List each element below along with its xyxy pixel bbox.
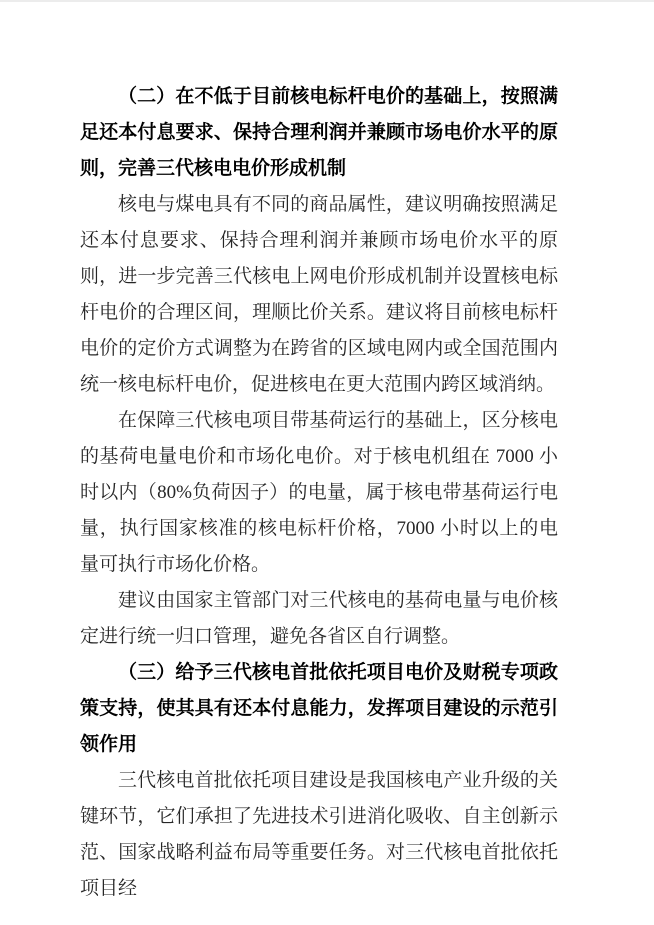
document-body: （二）在不低于目前核电标杆电价的基础上，按照满足还本付息要求、保持合理利润并兼顾… bbox=[80, 79, 558, 907]
section-heading-3: （三）给予三代核电首批依托项目电价及财税专项政策支持，使其具有还本付息能力，发挥… bbox=[80, 655, 558, 763]
document-page: （二）在不低于目前核电标杆电价的基础上，按照满足还本付息要求、保持合理利润并兼顾… bbox=[0, 0, 654, 925]
paragraph-pricing-mechanism: 核电与煤电具有不同的商品属性，建议明确按照满足还本付息要求、保持合理利润并兼顾市… bbox=[80, 187, 558, 403]
section-heading-2: （二）在不低于目前核电标杆电价的基础上，按照满足还本付息要求、保持合理利润并兼顾… bbox=[80, 79, 558, 187]
paragraph-baseload-pricing: 在保障三代核电项目带基荷运行的基础上，区分核电的基荷电量电价和市场化电价。对于核… bbox=[80, 403, 558, 583]
paragraph-unified-management: 建议由国家主管部门对三代核电的基荷电量与电价核定进行统一归口管理，避免各省区自行… bbox=[80, 583, 558, 655]
paragraph-first-batch-projects: 三代核电首批依托项目建设是我国核电产业升级的关键环节，它们承担了先进技术引进消化… bbox=[80, 763, 558, 907]
page-top-edge bbox=[0, 0, 654, 2]
